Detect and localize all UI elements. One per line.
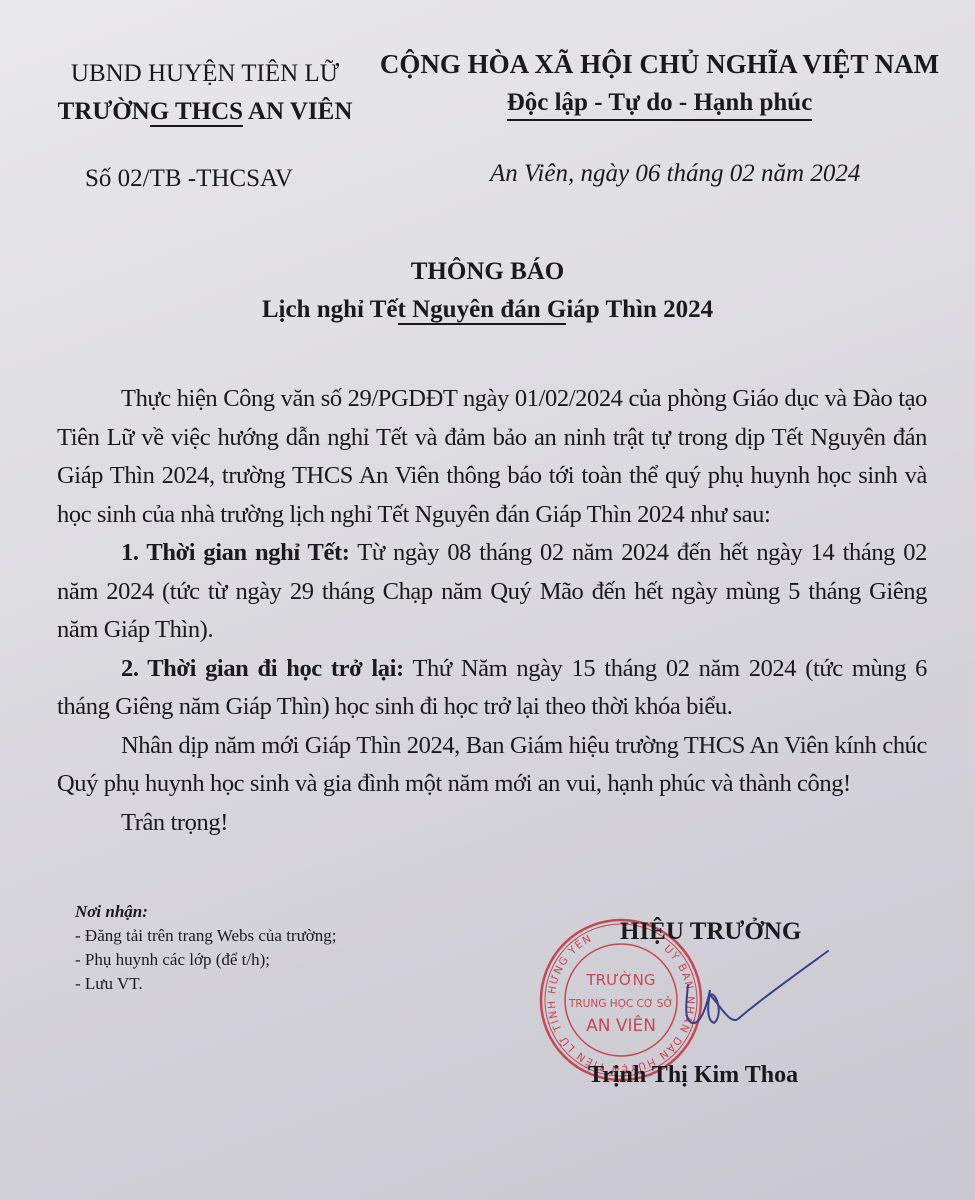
school-name-part: TRƯỜN bbox=[58, 98, 150, 125]
closing-line: Trân trọng! bbox=[57, 804, 927, 843]
authority-line: UBND HUYỆN TIÊN LỮ bbox=[40, 55, 370, 93]
subtitle-underlined: t Nguyên đán G bbox=[398, 296, 567, 325]
document-date: An Viên, ngày 06 tháng 02 năm 2024 bbox=[490, 160, 860, 188]
recipient-item: - Đăng tải trên trang Webs của trường; bbox=[75, 924, 455, 948]
signatory-title: HIỆU TRƯỞNG bbox=[620, 918, 801, 946]
document-number: Số 02/TB -THCSAV bbox=[85, 165, 293, 193]
national-motto: Độc lập - Tự do - Hạnh phúc bbox=[507, 87, 813, 121]
item-leave-period: 1. Thời gian nghỉ Tết: Từ ngày 08 tháng … bbox=[57, 534, 927, 650]
stamp-line1: TRƯỜNG bbox=[586, 970, 656, 989]
document-page: UBND HUYỆN TIÊN LỮ TRƯỜNG THCS AN VIÊN C… bbox=[0, 0, 975, 1200]
recipients-heading: Nơi nhận: bbox=[75, 900, 455, 924]
title-subtitle: Lịch nghỉ Tết Nguyên đán Giáp Thìn 2024 bbox=[0, 291, 975, 329]
recipient-item: - Lưu VT. bbox=[75, 972, 455, 996]
national-title: CỘNG HÒA XÃ HỘI CHỦ NGHĨA VIỆT NAM bbox=[372, 43, 947, 85]
subtitle-part: Lịch nghỉ Tế bbox=[262, 296, 398, 323]
stamp-line3: AN VIÊN bbox=[586, 1014, 656, 1036]
handwritten-signature-icon bbox=[680, 945, 840, 1045]
intro-paragraph: Thực hiện Công văn số 29/PGDĐT ngày 01/0… bbox=[57, 380, 927, 534]
recipient-item: - Phụ huynh các lớp (để t/h); bbox=[75, 948, 455, 972]
item-label: 2. Thời gian đi học trở lại: bbox=[121, 655, 404, 682]
national-header: CỘNG HÒA XÃ HỘI CHỦ NGHĨA VIỆT NAM Độc l… bbox=[372, 43, 947, 127]
school-name-part: AN VIÊN bbox=[243, 98, 352, 125]
item-label: 1. Thời gian nghỉ Tết: bbox=[121, 539, 349, 566]
recipients-block: Nơi nhận: - Đăng tải trên trang Webs của… bbox=[75, 900, 455, 996]
greeting-paragraph: Nhân dịp năm mới Giáp Thìn 2024, Ban Giá… bbox=[57, 727, 927, 804]
signatory-name: Trịnh Thị Kim Thoa bbox=[588, 1062, 798, 1089]
issuing-authority: UBND HUYỆN TIÊN LỮ TRƯỜNG THCS AN VIÊN bbox=[40, 55, 370, 131]
school-name-underlined: G THCS bbox=[150, 98, 243, 127]
title-main: THÔNG BÁO bbox=[0, 253, 975, 291]
item-return-date: 2. Thời gian đi học trở lại: Thứ Năm ngà… bbox=[57, 650, 927, 727]
stamp-line2: TRUNG HỌC CƠ SỞ bbox=[568, 996, 673, 1010]
document-body: Thực hiện Công văn số 29/PGDĐT ngày 01/0… bbox=[57, 380, 927, 842]
document-title: THÔNG BÁO Lịch nghỉ Tết Nguyên đán Giáp … bbox=[0, 253, 975, 329]
school-name: TRƯỜNG THCS AN VIÊN bbox=[40, 93, 370, 131]
subtitle-part: iáp Thìn 2024 bbox=[566, 296, 713, 323]
